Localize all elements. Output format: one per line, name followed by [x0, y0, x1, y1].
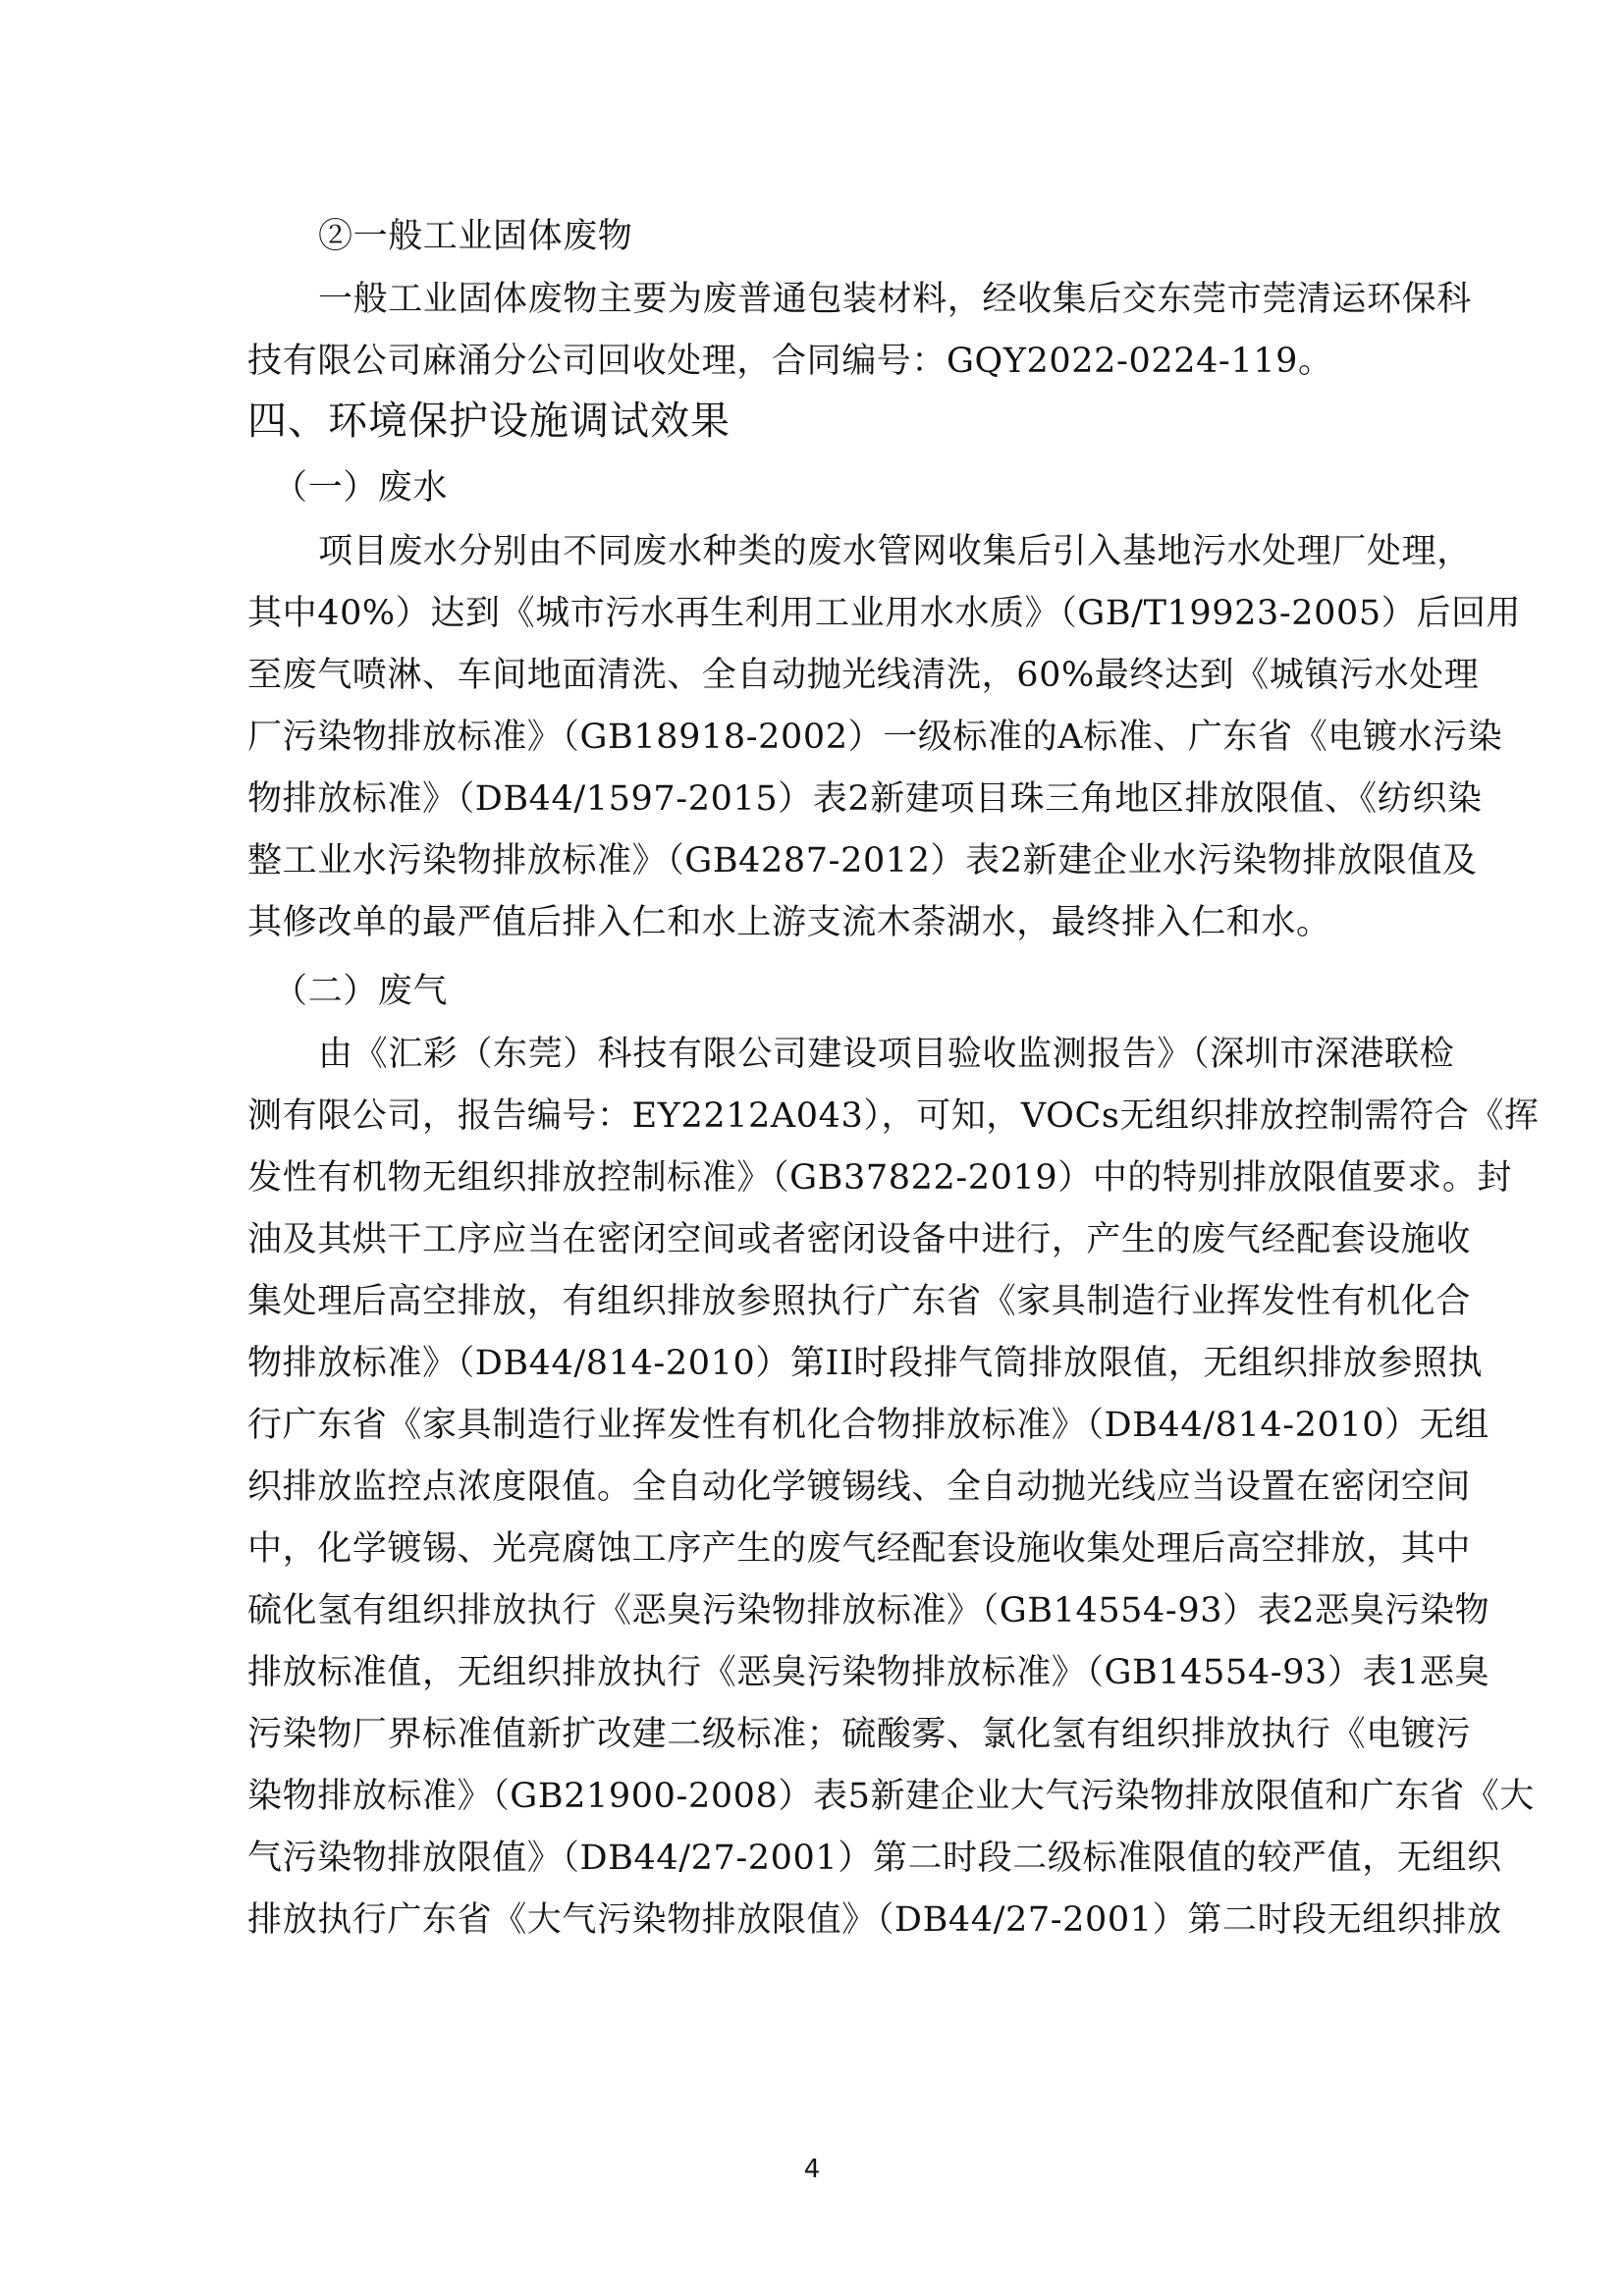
paragraph-line: 行广东省《家具制造行业挥发性有机化合物排放标准》（DB44/814-2010）无… [247, 1404, 1379, 1447]
paragraph-line: 一般工业固体废物主要为废普通包装材料，经收集后交东莞市莞清运环保科 [318, 278, 1379, 321]
paragraph-line: 其修改单的最严值后排入仁和水上游支流木荼湖水，最终排入仁和水。 [247, 901, 1379, 944]
page-number: 4 [0, 2155, 1624, 2184]
paragraph-line: 油及其烘干工序应当在密闭空间或者密闭设备中进行，产生的废气经配套设施收 [247, 1218, 1379, 1261]
paragraph-line: 染物排放标准》（GB21900-2008）表5新建企业大气污染物排放限值和广东省… [247, 1775, 1379, 1818]
heading-section-four: 四、环境保护设施调试效果 [247, 400, 1379, 443]
paragraph-line: 厂污染物排放标准》（GB18918-2002）一级标准的A标准、广东省《电镀水污… [247, 716, 1379, 759]
paragraph-line: 整工业水污染物排放标准》（GB4287-2012）表2新建企业水污染物排放限值及 [247, 839, 1379, 882]
paragraph-line: 由《汇彩（东莞）科技有限公司建设项目验收监测报告》（深圳市深港联检 [318, 1033, 1379, 1076]
paragraph-line: 物排放标准》（DB44/814-2010）第II时段排气筒排放限值，无组织排放参… [247, 1342, 1379, 1385]
paragraph-line: 排放执行广东省《大气污染物排放限值》（DB44/27-2001）第二时段无组织排… [247, 1898, 1379, 1942]
paragraph-line: 其中40%）达到《城市污水再生利用工业用水水质》（GB/T19923-2005）… [247, 592, 1379, 635]
paragraph-line: 至废气喷淋、车间地面清洗、全自动抛光线清洗，60%最终达到《城镇污水处理 [247, 654, 1379, 697]
document-page: ②一般工业固体废物 一般工业固体废物主要为废普通包装材料，经收集后交东莞市莞清运… [0, 0, 1624, 2296]
paragraph-line: 气污染物排放限值》（DB44/27-2001）第二时段二级标准限值的较严值，无组… [247, 1837, 1379, 1880]
paragraph-line: 排放标准值，无组织排放执行《恶臭污染物排放标准》（GB14554-93）表1恶臭 [247, 1651, 1379, 1694]
paragraph-line: 测有限公司，报告编号：EY2212A043），可知，VOCs无组织排放控制需符合… [247, 1095, 1379, 1138]
paragraph-line: 中，化学镀锡、光亮腐蚀工序产生的废气经配套设施收集处理后高空排放，其中 [247, 1527, 1379, 1571]
paragraph-line: 织排放监控点浓度限值。全自动化学镀锡线、全自动抛光线应当设置在密闭空间 [247, 1466, 1379, 1509]
paragraph-line: 项目废水分别由不同废水种类的废水管网收集后引入基地污水处理厂处理， [318, 530, 1379, 573]
paragraph-line: 物排放标准》（DB44/1597-2015）表2新建项目珠三角地区排放限值、《纺… [247, 777, 1379, 821]
paragraph-line: 发性有机物无组织排放控制标准》（GB37822-2019）中的特别排放限值要求。… [247, 1156, 1379, 1200]
paragraph-line: 技有限公司麻涌分公司回收处理，合同编号：GQY2022-0224-119。 [247, 340, 1379, 383]
section-wastewater: （一）废水 [273, 466, 1404, 509]
subheading-general-solid-waste: ②一般工业固体废物 [318, 215, 1379, 258]
paragraph-line: 硫化氢有组织排放执行《恶臭污染物排放标准》（GB14554-93）表2恶臭污染物 [247, 1589, 1379, 1632]
section-waste-gas: （二）废气 [273, 970, 1404, 1013]
paragraph-line: 污染物厂界标准值新扩改建二级标准；硫酸雾、氯化氢有组织排放执行《电镀污 [247, 1713, 1379, 1756]
paragraph-line: 集处理后高空排放，有组织排放参照执行广东省《家具制造行业挥发性有机化合 [247, 1280, 1379, 1323]
